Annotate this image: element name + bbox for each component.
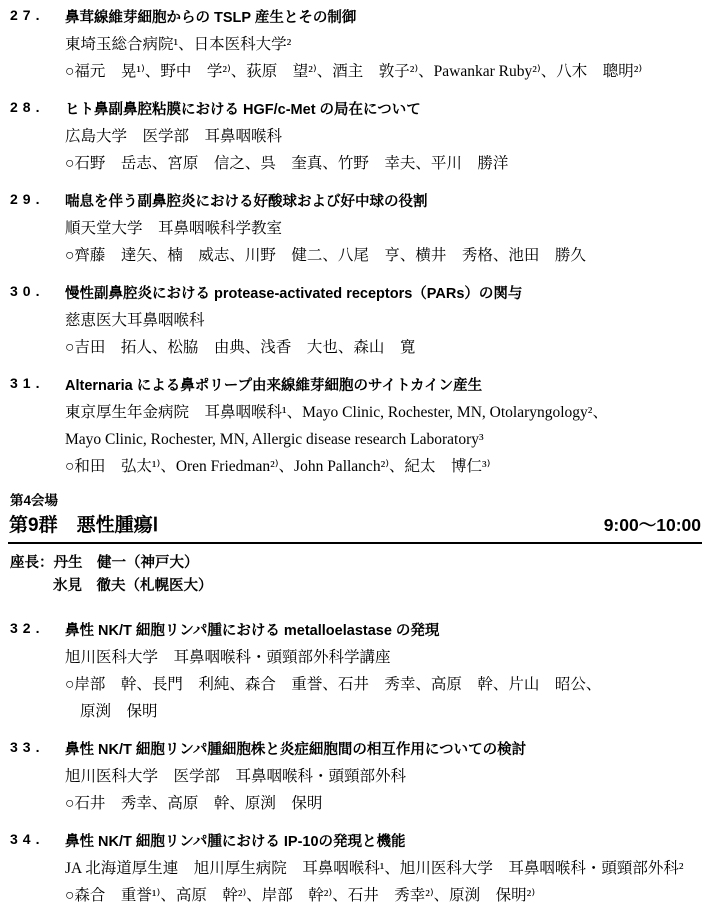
- program-item-32: 32. 鼻性 NK/T 細胞リンパ腫における metalloelastase の…: [8, 618, 702, 725]
- venue-label: 第4会場: [10, 492, 702, 510]
- item-number: 30.: [10, 283, 44, 299]
- item-authors: ○齊藤 達矢、楠 威志、川野 健二、八尾 亨、横井 秀格、池田 勝久: [65, 242, 702, 269]
- item-title: 鼻性 NK/T 細胞リンパ腫における metalloelastase の発現: [65, 618, 702, 644]
- item-authors: ○福元 晃¹⁾、野中 学²⁾、荻原 望²⁾、酒主 敦子²⁾、Pawankar R…: [65, 58, 702, 85]
- item-title: ヒト鼻副鼻腔粘膜における HGF/c-Met の局在について: [65, 97, 702, 123]
- item-affiliation: 東京厚生年金病院 耳鼻咽喉科¹、Mayo Clinic, Rochester, …: [65, 399, 702, 426]
- item-affiliation: 広島大学 医学部 耳鼻咽喉科: [65, 123, 702, 150]
- item-authors: ○石野 岳志、宮原 信之、呉 奎真、竹野 幸夫、平川 勝洋: [65, 150, 702, 177]
- session-chairs: 座長：丹生 健一（神戸大） 氷見 徹夫（札幌医大）: [10, 552, 702, 598]
- program-item-28: 28. ヒト鼻副鼻腔粘膜における HGF/c-Met の局在について 広島大学 …: [8, 97, 702, 177]
- item-authors: ○森合 重誉¹⁾、高原 幹²⁾、岸部 幹²⁾、石井 秀幸²⁾、原渕 保明²⁾: [65, 882, 702, 909]
- program-item-33: 33. 鼻性 NK/T 細胞リンパ腫細胞株と炎症細胞間の相互作用についての検討 …: [8, 737, 702, 817]
- item-number: 28.: [10, 99, 44, 115]
- chair-line: 座長：丹生 健一（神戸大）: [10, 552, 702, 575]
- item-authors: ○吉田 拓人、松脇 由典、浅香 大也、森山 寛: [65, 334, 702, 361]
- item-authors: ○石井 秀幸、高原 幹、原渕 保明: [65, 790, 702, 817]
- session-header: 第9群 悪性腫瘍Ⅰ 9:00～10:00: [8, 510, 702, 544]
- program-item-34: 34. 鼻性 NK/T 細胞リンパ腫における IP-10の発現と機能 JA 北海…: [8, 829, 702, 909]
- item-number: 32.: [10, 620, 44, 636]
- item-authors-continued: 原渕 保明: [65, 698, 702, 725]
- session-group-title: 第9群 悪性腫瘍Ⅰ: [9, 514, 158, 538]
- item-affiliation: 旭川医科大学 耳鼻咽喉科・頭頸部外科学講座: [65, 644, 702, 671]
- item-affiliation: 東埼玉総合病院¹、日本医科大学²: [65, 31, 702, 58]
- item-number: 27.: [10, 7, 44, 23]
- item-number: 31.: [10, 375, 44, 391]
- chair-line: 氷見 徹夫（札幌医大）: [10, 575, 702, 598]
- program-item-31: 31. Alternaria による鼻ポリープ由来線維芽細胞のサイトカイン産生 …: [8, 373, 702, 480]
- program-item-27: 27. 鼻茸線維芽細胞からの TSLP 産生とその制御 東埼玉総合病院¹、日本医…: [8, 5, 702, 85]
- item-affiliation: 順天堂大学 耳鼻咽喉科学教室: [65, 215, 702, 242]
- program-item-29: 29. 喘息を伴う副鼻腔炎における好酸球および好中球の役割 順天堂大学 耳鼻咽喉…: [8, 189, 702, 269]
- item-authors: ○和田 弘太¹⁾、Oren Friedman²⁾、John Pallanch²⁾…: [65, 453, 702, 480]
- item-title: 鼻性 NK/T 細胞リンパ腫における IP-10の発現と機能: [65, 829, 702, 855]
- session-time: 9:00～10:00: [604, 512, 701, 537]
- item-number: 29.: [10, 191, 44, 207]
- item-affiliation: 旭川医科大学 医学部 耳鼻咽喉科・頭頸部外科: [65, 763, 702, 790]
- item-title: 慢性副鼻腔炎における protease-activated receptors（…: [65, 281, 702, 307]
- item-title: Alternaria による鼻ポリープ由来線維芽細胞のサイトカイン産生: [65, 373, 702, 399]
- item-affiliation: Mayo Clinic, Rochester, MN, Allergic dis…: [65, 426, 702, 453]
- item-title: 鼻性 NK/T 細胞リンパ腫細胞株と炎症細胞間の相互作用についての検討: [65, 737, 702, 763]
- item-number: 33.: [10, 739, 44, 755]
- item-affiliation: JA 北海道厚生連 旭川厚生病院 耳鼻咽喉科¹、旭川医科大学 耳鼻咽喉科・頭頸部…: [65, 855, 702, 882]
- item-title: 鼻茸線維芽細胞からの TSLP 産生とその制御: [65, 5, 702, 31]
- item-authors: ○岸部 幹、長門 利純、森合 重誉、石井 秀幸、高原 幹、片山 昭公、: [65, 671, 702, 698]
- item-title: 喘息を伴う副鼻腔炎における好酸球および好中球の役割: [65, 189, 702, 215]
- item-number: 34.: [10, 831, 44, 847]
- program-item-30: 30. 慢性副鼻腔炎における protease-activated recept…: [8, 281, 702, 361]
- item-affiliation: 慈恵医大耳鼻咽喉科: [65, 307, 702, 334]
- program-page: 27. 鼻茸線維芽細胞からの TSLP 産生とその制御 東埼玉総合病院¹、日本医…: [0, 0, 710, 912]
